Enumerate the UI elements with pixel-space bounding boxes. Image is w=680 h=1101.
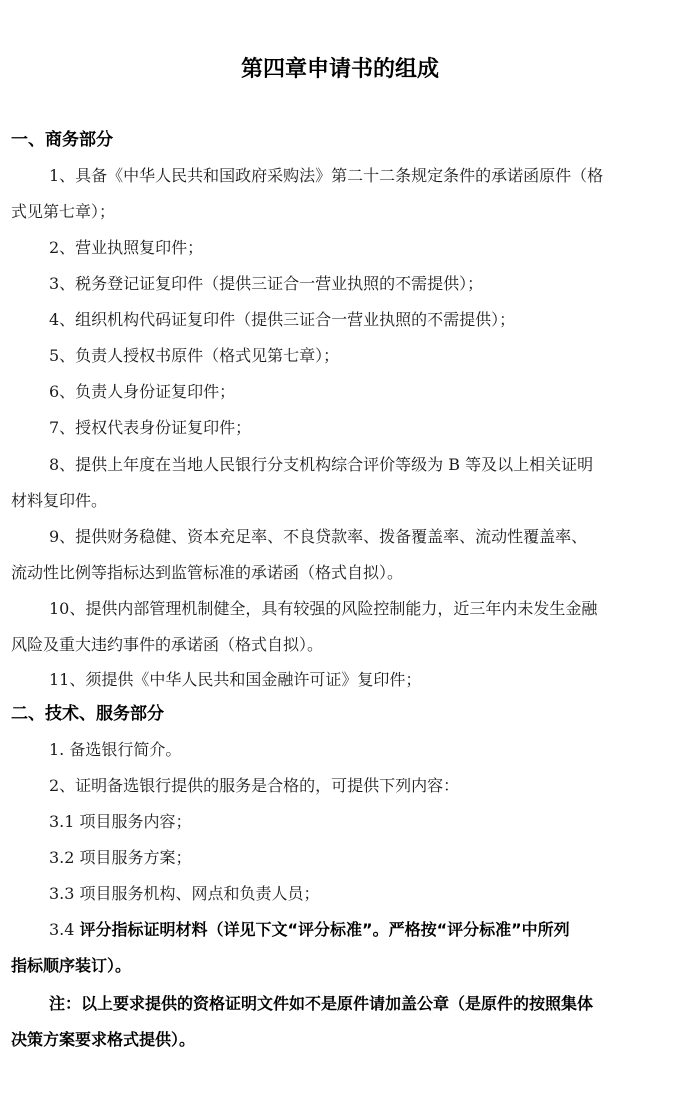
list-item: 8、提供上年度在当地人民银行分支机构综合评价等级为 B 等及以上相关证明 [49, 455, 673, 475]
note-text: 注：以上要求提供的资格证明文件如不是原件请加盖公章（是原件的按照集体 [49, 994, 673, 1014]
page-title: 第四章申请书的组成 [0, 52, 680, 83]
list-item: 3.3 项目服务机构、网点和负责人员； [49, 884, 673, 904]
list-item-continuation: 材料复印件。 [11, 491, 673, 511]
list-item: 7、授权代表身份证复印件； [49, 418, 673, 438]
note-continuation: 决策方案要求格式提供）。 [11, 1030, 673, 1050]
item-text: 评分指标证明材料（详见下文“评分标准”。严格按“评分标准”中所列 [80, 920, 570, 939]
list-item-continuation: 指标顺序装订）。 [11, 956, 673, 976]
list-item: 3、税务登记证复印件（提供三证合一营业执照的不需提供）； [49, 274, 673, 294]
document-page: 第四章申请书的组成 一、商务部分 1、具备《中华人民共和国政府采购法》第二十二条… [0, 0, 680, 1101]
list-item: 6、负责人身份证复印件； [49, 382, 673, 402]
section-heading-business: 一、商务部分 [11, 130, 673, 150]
list-item-continuation: 流动性比例等指标达到监管标准的承诺函（格式自拟）。 [11, 563, 673, 583]
list-item: 3.1 项目服务内容； [49, 812, 673, 832]
list-item-continuation: 式见第七章）； [11, 202, 673, 222]
list-item: 3.2 项目服务方案； [49, 848, 673, 868]
list-item: 5、负责人授权书原件（格式见第七章）； [49, 346, 673, 366]
section-heading-technical: 二、技术、服务部分 [11, 704, 673, 724]
list-item: 2、营业执照复印件； [49, 238, 673, 258]
list-item: 10、提供内部管理机制健全，具有较强的风险控制能力，近三年内未发生金融 [49, 599, 673, 619]
list-item: 9、提供财务稳健、资本充足率、不良贷款率、拨备覆盖率、流动性覆盖率、 [49, 527, 673, 547]
list-item: 1、具备《中华人民共和国政府采购法》第二十二条规定条件的承诺函原件（格 [49, 166, 673, 186]
list-item-bold: 3.4 评分指标证明材料（详见下文“评分标准”。严格按“评分标准”中所列 [49, 920, 673, 940]
item-number: 3.4 [49, 920, 80, 939]
list-item: 1. 备选银行简介。 [49, 740, 673, 760]
list-item-continuation: 风险及重大违约事件的承诺函（格式自拟）。 [11, 635, 673, 655]
list-item: 2、证明备选银行提供的服务是合格的，可提供下列内容： [49, 776, 673, 796]
list-item: 4、组织机构代码证复印件（提供三证合一营业执照的不需提供）； [49, 310, 673, 330]
list-item: 11、须提供《中华人民共和国金融许可证》复印件； [49, 670, 673, 690]
